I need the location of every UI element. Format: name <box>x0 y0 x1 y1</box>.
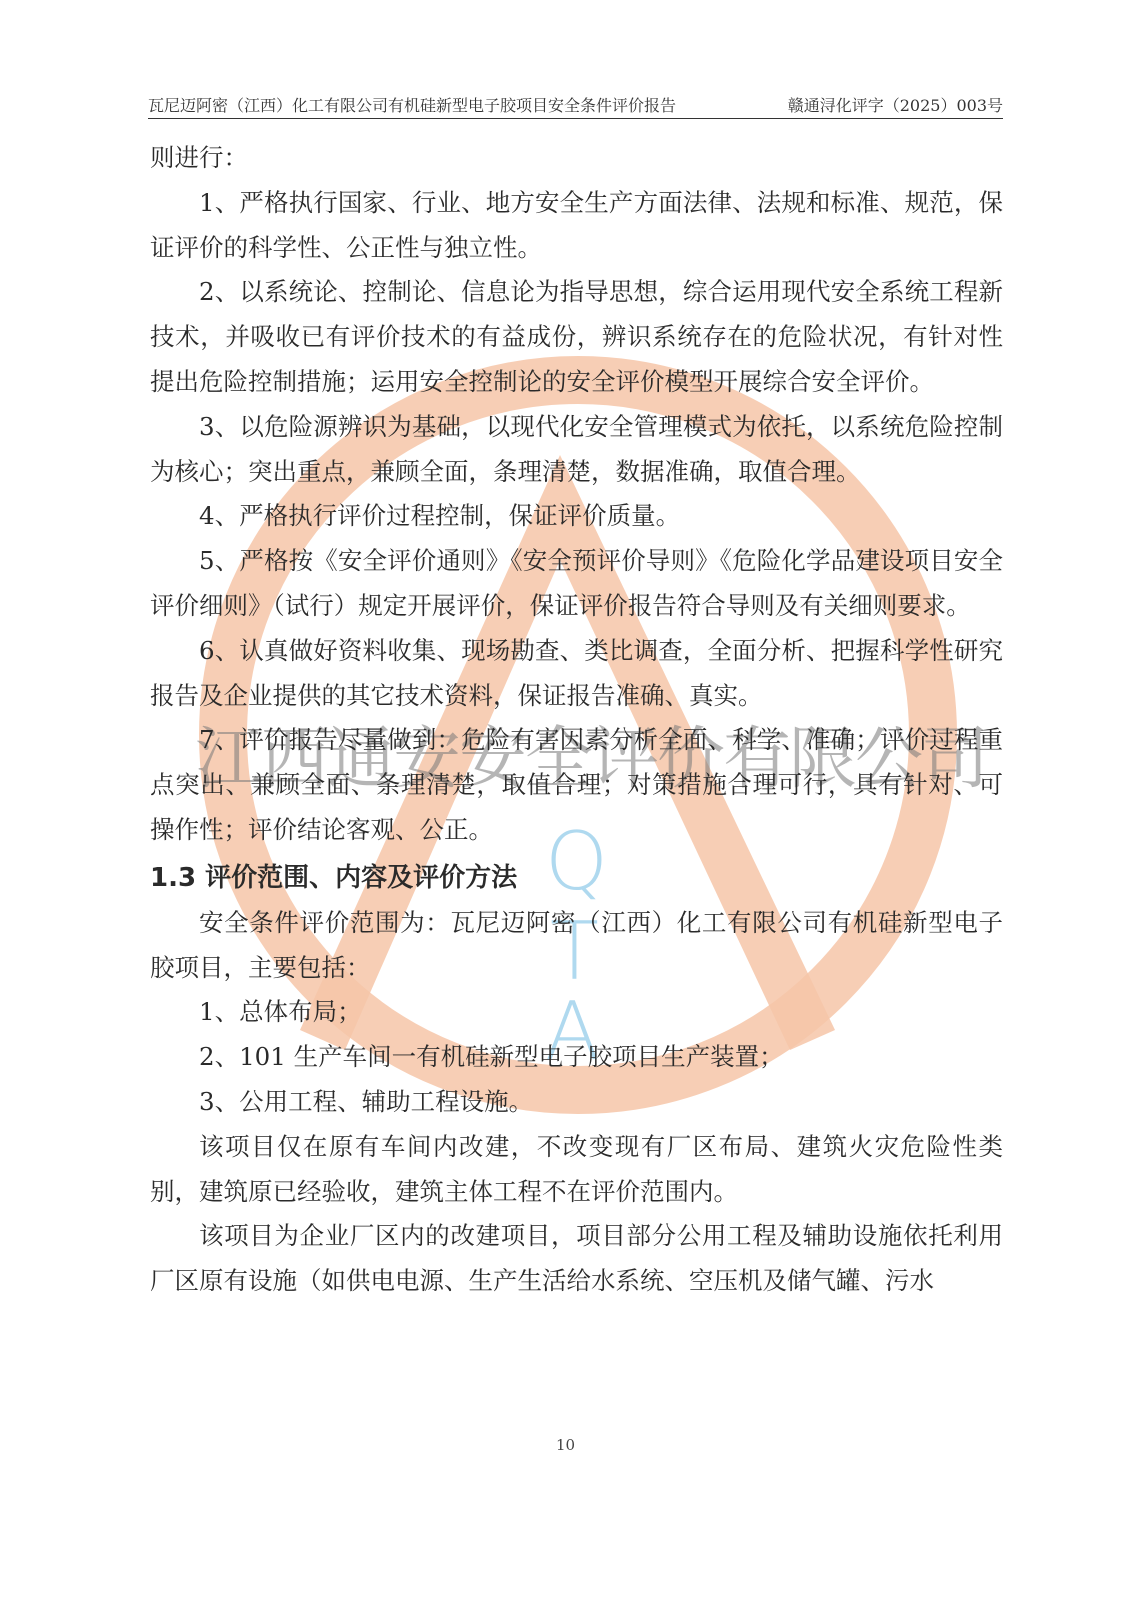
principle-item-1: 1、严格执行国家、行业、地方安全生产方面法律、法规和标准、规范，保证评价的科学性… <box>150 181 1003 271</box>
section-heading: 1.3 评价范围、内容及评价方法 <box>150 855 1003 901</box>
scope-item-1: 1、总体布局； <box>150 990 1003 1035</box>
principle-item-3: 3、以危险源辨识为基础，以现代化安全管理模式为依托，以系统危险控制为核心；突出重… <box>150 405 1003 495</box>
document-number: 赣通浔化评字（2025）003号 <box>788 96 1003 116</box>
document-page: 瓦尼迈阿密（江西）化工有限公司有机硅新型电子胶项目安全条件评价报告 赣通浔化评字… <box>0 0 1131 1600</box>
paragraph-facilities: 该项目为企业厂区内的改建项目，项目部分公用工程及辅助设施依托利用厂区原有设施（如… <box>150 1214 1003 1304</box>
principle-item-4: 4、严格执行评价过程控制，保证评价质量。 <box>150 494 1003 539</box>
page-header: 瓦尼迈阿密（江西）化工有限公司有机硅新型电子胶项目安全条件评价报告 赣通浔化评字… <box>148 96 1003 119</box>
paragraph-rebuild: 该项目仅在原有车间内改建，不改变现有厂区布局、建筑火灾危险性类别，建筑原已经验收… <box>150 1125 1003 1215</box>
paragraph-continuation: 则进行： <box>150 136 1003 181</box>
document-body: 则进行： 1、严格执行国家、行业、地方安全生产方面法律、法规和标准、规范，保证评… <box>150 136 1003 1304</box>
report-title: 瓦尼迈阿密（江西）化工有限公司有机硅新型电子胶项目安全条件评价报告 <box>148 96 676 116</box>
principle-item-2: 2、以系统论、控制论、信息论为指导思想，综合运用现代安全系统工程新技术，并吸收已… <box>150 270 1003 404</box>
scope-item-2: 2、101 生产车间一有机硅新型电子胶项目生产装置； <box>150 1035 1003 1080</box>
scope-intro: 安全条件评价范围为：瓦尼迈阿密（江西）化工有限公司有机硅新型电子胶项目，主要包括… <box>150 901 1003 991</box>
principle-item-5: 5、严格按《安全评价通则》《安全预评价导则》《危险化学品建设项目安全评价细则》（… <box>150 539 1003 629</box>
principle-item-7: 7、评价报告尽量做到：危险有害因素分析全面、科学、准确；评价过程重点突出、兼顾全… <box>150 718 1003 852</box>
scope-item-3: 3、公用工程、辅助工程设施。 <box>150 1080 1003 1125</box>
principle-item-6: 6、认真做好资料收集、现场勘查、类比调查，全面分析、把握科学性研究报告及企业提供… <box>150 629 1003 719</box>
page-number: 10 <box>0 1436 1131 1454</box>
